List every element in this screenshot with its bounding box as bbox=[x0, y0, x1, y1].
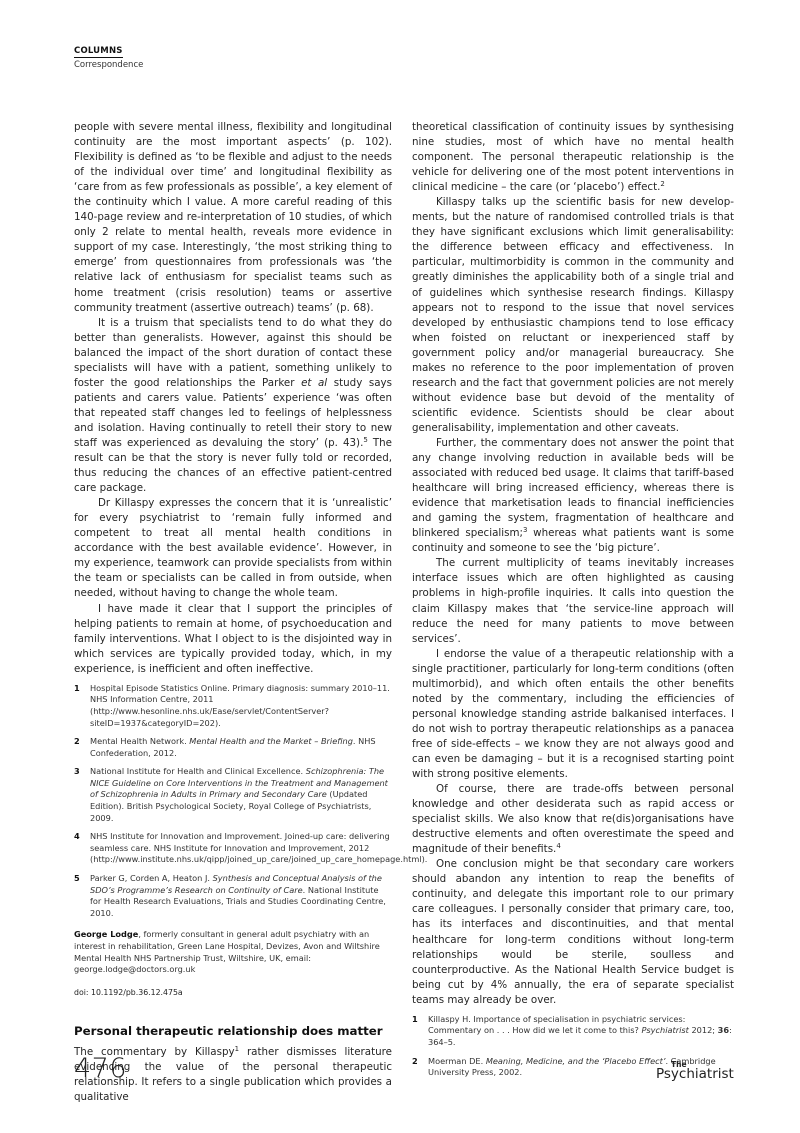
running-header: COLUMNS Correspondence bbox=[74, 38, 143, 71]
body-paragraph: Of course, there are trade-offs between … bbox=[412, 782, 734, 857]
body-paragraph: One conclusion might be that secondary c… bbox=[412, 857, 734, 1007]
body-paragraph: Further, the commentary does not answer … bbox=[412, 436, 734, 556]
body-paragraph: The current multiplicity of teams inevit… bbox=[412, 556, 734, 646]
body-paragraph: theoretical classification of continuity… bbox=[412, 120, 734, 195]
body-paragraph: It is a truism that specialists tend to … bbox=[74, 316, 392, 497]
right-column: theoretical classification of continuity… bbox=[412, 120, 734, 1086]
doi-link[interactable]: doi: 10.1192/pb.36.12.475a bbox=[74, 985, 392, 1000]
body-paragraph: people with severe mental illness, flexi… bbox=[74, 120, 392, 316]
author-name: George Lodge bbox=[74, 929, 138, 939]
body-paragraph: Dr Killaspy expresses the concern that i… bbox=[74, 496, 392, 601]
subsection-label: Correspondence bbox=[74, 60, 143, 71]
logo-name: Psychiatrist bbox=[656, 1066, 734, 1082]
page-number: 476 bbox=[74, 1053, 127, 1084]
citation-ref[interactable]: 4 bbox=[556, 842, 560, 850]
reference-item: 4NHS Institute for Innovation and Improv… bbox=[74, 831, 392, 866]
reference-item: 3National Institute for Health and Clini… bbox=[74, 766, 392, 824]
reference-list: 1Hospital Episode Statistics Online. Pri… bbox=[74, 683, 392, 920]
author-info: George Lodge, formerly consultant in gen… bbox=[74, 929, 392, 975]
citation-ref[interactable]: 2 bbox=[660, 180, 664, 188]
journal-logo: The Psychiatrist bbox=[654, 1060, 734, 1088]
body-paragraph: I endorse the value of a therapeutic rel… bbox=[412, 647, 734, 782]
letter-title: Personal therapeutic relationship does m… bbox=[74, 1024, 392, 1039]
body-paragraph: I have made it clear that I support the … bbox=[74, 602, 392, 677]
body-paragraph: Killaspy talks up the scientific basis f… bbox=[412, 195, 734, 436]
reference-item: 5Parker G, Corden A, Heaton J. Synthesis… bbox=[74, 873, 392, 919]
reference-item: 2Mental Health Network. Mental Health an… bbox=[74, 736, 392, 759]
section-label: COLUMNS bbox=[74, 46, 123, 58]
reference-item: 1Hospital Episode Statistics Online. Pri… bbox=[74, 683, 392, 729]
reference-item: 1Killaspy H. Importance of specialisatio… bbox=[412, 1014, 734, 1049]
left-column: people with severe mental illness, flexi… bbox=[74, 120, 392, 1105]
